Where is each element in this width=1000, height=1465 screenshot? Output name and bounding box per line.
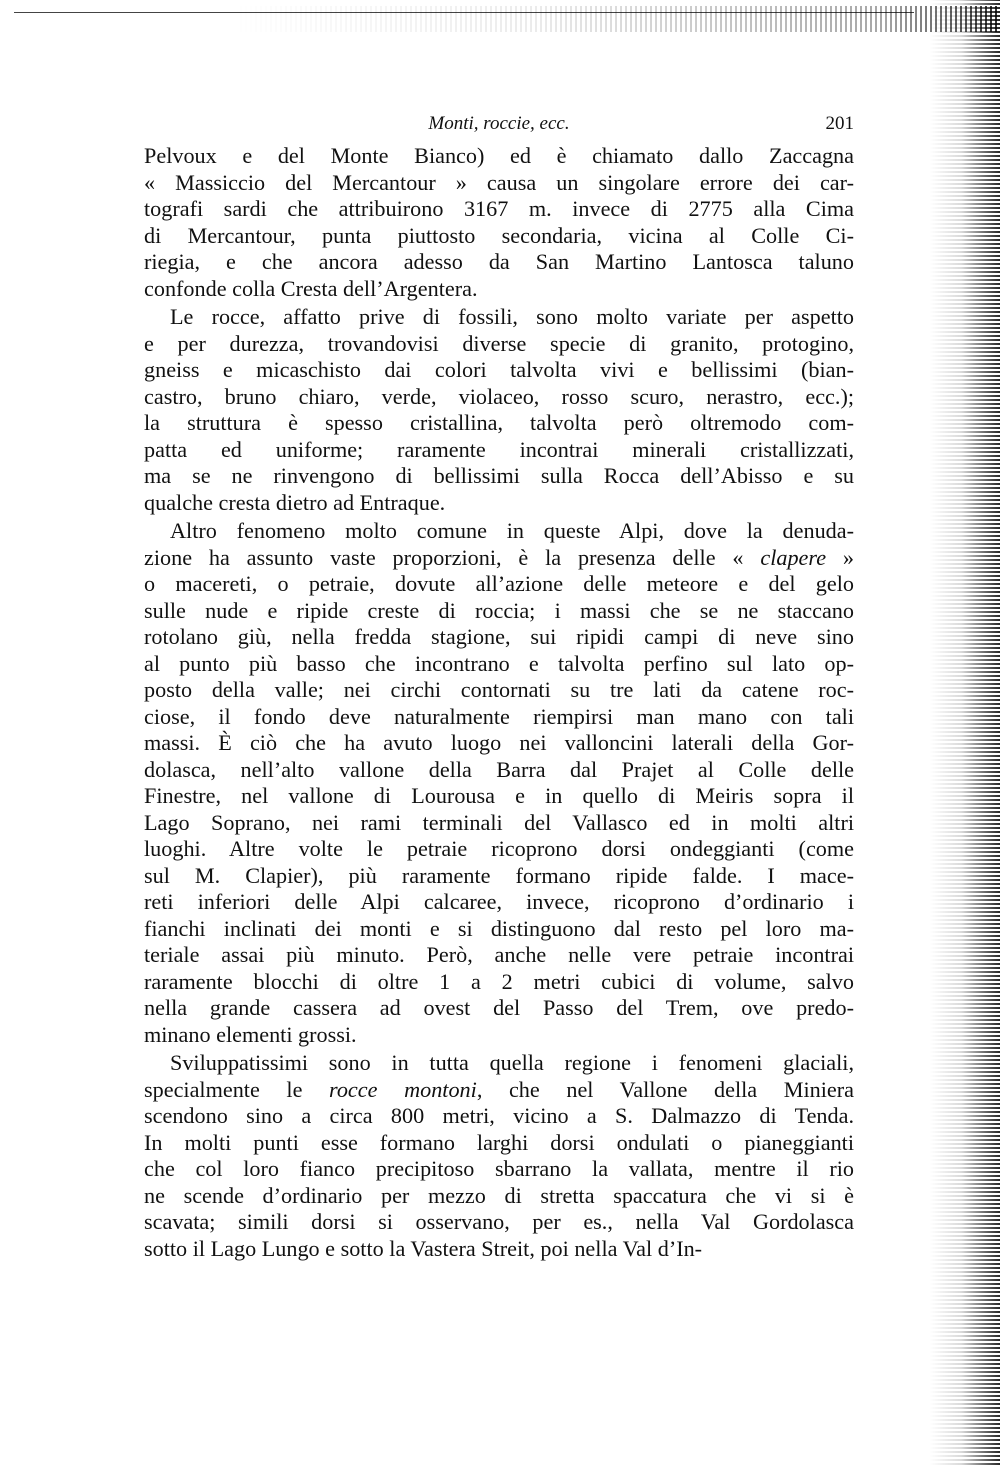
text-line: o macereti, o petraie, dovute all’azione… [144,571,854,598]
text-line: teriale assai più minuto. Però, anche ne… [144,942,854,969]
running-title: Monti, roccie, ecc. [144,113,854,135]
paragraph: Pelvoux e del Monte Bianco) ed è chiamat… [144,143,854,302]
text-line: ne scende d’ordinario per mezzo di stret… [144,1183,854,1210]
italic-term: clapere [760,545,826,570]
text-line: « Massiccio del Mercantour » causa un si… [144,170,854,197]
text-line: specialmente le rocce montoni, che nel V… [144,1077,854,1104]
text-line: massi. È ciò che ha avuto luogo nei vall… [144,730,854,757]
text-line: In molti punti esse formano larghi dorsi… [144,1130,854,1157]
body-text: Pelvoux e del Monte Bianco) ed è chiamat… [144,143,854,1262]
text-line: zione ha assunto vaste proporzioni, è la… [144,545,854,572]
text-line: Lago Soprano, nei rami terminali del Val… [144,810,854,837]
text-line: Pelvoux e del Monte Bianco) ed è chiamat… [144,143,854,170]
text-line: e per durezza, trovandovisi diverse spec… [144,331,854,358]
text-line: ma se ne rinvengono di bellissimi sulla … [144,463,854,490]
page-number: 201 [826,113,855,135]
text-line: Altro fenomeno molto comune in queste Al… [144,518,854,545]
paragraph: Le rocce, affatto prive di fossili, sono… [144,304,854,516]
text-line: al punto più basso che incontrano e talv… [144,651,854,678]
text-line: rotolano giù, nella fredda stagione, sui… [144,624,854,651]
text-line: tografi sardi che attribuirono 3167 m. i… [144,196,854,223]
text-line: ciose, il fondo deve naturalmente riempi… [144,704,854,731]
text-line: fianchi inclinati dei monti e si disting… [144,916,854,943]
text-line: luoghi. Altre volte le petraie ricoprono… [144,836,854,863]
scan-noise-top [230,6,1000,32]
text-line: nella grande cassera ad ovest del Passo … [144,995,854,1022]
text-line: Finestre, nel vallone di Lourousa e in q… [144,783,854,810]
text-line: Le rocce, affatto prive di fossili, sono… [144,304,854,331]
scan-edge-shadow [930,0,1000,1465]
text-line: gneiss e micaschisto dai colori talvolta… [144,357,854,384]
text-line: dolasca, nell’alto vallone della Barra d… [144,757,854,784]
text-line: minano elementi grossi. [144,1022,854,1049]
text-line: qualche cresta dietro ad Entraque. [144,490,854,517]
paragraph: Altro fenomeno molto comune in queste Al… [144,518,854,1048]
text-line: sul M. Clapier), più raramente formano r… [144,863,854,890]
text-line: che col loro fianco precipitoso sbarrano… [144,1156,854,1183]
text-line: riegia, e che ancora adesso da San Marti… [144,249,854,276]
text-line: patta ed uniforme; raramente incontrai m… [144,437,854,464]
text-line: sulle nude e ripide creste di roccia; i … [144,598,854,625]
running-head: Monti, roccie, ecc. 201 [144,113,854,139]
text-line: confonde colla Cresta dell’Argentera. [144,276,854,303]
text-line: di Mercantour, punta piuttosto secondari… [144,223,854,250]
text-line: la struttura è spesso cristallina, talvo… [144,410,854,437]
text-line: scavata; simili dorsi si osservano, per … [144,1209,854,1236]
paragraph: Sviluppatissimi sono in tutta quella reg… [144,1050,854,1262]
text-line: reti inferiori delle Alpi calcaree, inve… [144,889,854,916]
text-line: Sviluppatissimi sono in tutta quella reg… [144,1050,854,1077]
text-line: castro, bruno chiaro, verde, violaceo, r… [144,384,854,411]
text-line: posto della valle; nei circhi contornati… [144,677,854,704]
italic-term: rocce montoni [329,1077,477,1102]
text-line: scendono sino a circa 800 metri, vicino … [144,1103,854,1130]
text-line: sotto il Lago Lungo e sotto la Vastera S… [144,1236,854,1263]
text-line: raramente blocchi di oltre 1 a 2 metri c… [144,969,854,996]
